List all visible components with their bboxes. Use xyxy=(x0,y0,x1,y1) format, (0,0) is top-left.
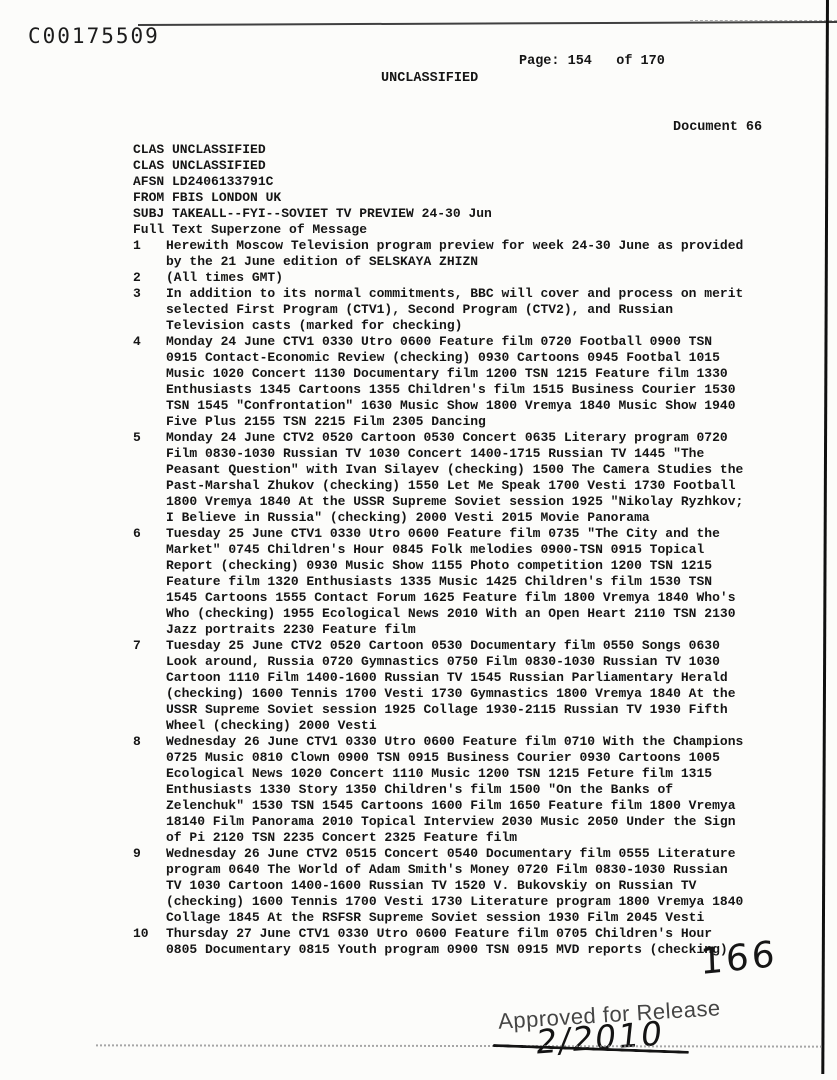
message-paragraph: 5 Monday 24 June CTV2 0520 Cartoon 0530 … xyxy=(133,430,793,526)
document-number-label: Document 66 xyxy=(673,120,762,135)
paragraph-number: 4 xyxy=(133,334,166,350)
paragraph-text: Tuesday 25 June CTV2 0520 Cartoon 0530 D… xyxy=(166,638,736,734)
paragraph-number: 8 xyxy=(133,734,166,750)
paragraph-number: 9 xyxy=(133,846,166,862)
message-paragraph: 7 Tuesday 25 June CTV2 0520 Cartoon 0530… xyxy=(133,638,793,734)
document-id: C00175509 xyxy=(28,24,160,48)
message-paragraph: 3 In addition to its normal commitments,… xyxy=(133,286,793,334)
message-paragraph: 2 (All times GMT) xyxy=(133,270,793,286)
paragraph-text: (All times GMT) xyxy=(166,270,283,286)
message-header-line: CLAS UNCLASSIFIED xyxy=(133,158,793,174)
message-header-line: Full Text Superzone of Message xyxy=(133,222,793,238)
paragraph-text: Monday 24 June CTV1 0330 Utro 0600 Featu… xyxy=(166,334,736,430)
message-paragraph: 10 Thursday 27 June CTV1 0330 Utro 0600 … xyxy=(133,926,793,958)
paragraph-text: Wednesday 26 June CTV2 0515 Concert 0540… xyxy=(166,846,743,926)
message-paragraph: 8 Wednesday 26 June CTV1 0330 Utro 0600 … xyxy=(133,734,793,846)
paragraph-text: In addition to its normal commitments, B… xyxy=(166,286,743,334)
paragraph-number: 1 xyxy=(133,238,166,254)
message-header-line: FROM FBIS LONDON UK xyxy=(133,190,793,206)
paragraph-number: 6 xyxy=(133,526,166,542)
handwritten-page-number: 166 xyxy=(699,934,778,983)
message-paragraph: 6 Tuesday 25 June CTV1 0330 Utro 0600 Fe… xyxy=(133,526,793,638)
paragraph-text: Monday 24 June CTV2 0520 Cartoon 0530 Co… xyxy=(166,430,743,526)
paragraph-number: 10 xyxy=(133,926,166,942)
scan-artifact-right-edge xyxy=(821,0,829,1074)
message-paragraph: 4 Monday 24 June CTV1 0330 Utro 0600 Fea… xyxy=(133,334,793,430)
message-body: CLAS UNCLASSIFIED CLAS UNCLASSIFIED AFSN… xyxy=(133,142,793,958)
paragraph-number: 3 xyxy=(133,286,166,302)
classification-header: UNCLASSIFIED xyxy=(381,71,478,86)
message-paragraph: 9 Wednesday 26 June CTV2 0515 Concert 05… xyxy=(133,846,793,926)
paragraph-text: Wednesday 26 June CTV1 0330 Utro 0600 Fe… xyxy=(166,734,743,846)
message-header-line: CLAS UNCLASSIFIED xyxy=(133,142,793,158)
message-paragraph: 1 Herewith Moscow Television program pre… xyxy=(133,238,793,270)
handwritten-release-date: 2/2010 xyxy=(534,1013,666,1061)
scan-artifact-top-line-faint xyxy=(690,20,837,21)
paragraph-number: 7 xyxy=(133,638,166,654)
paragraph-text: Herewith Moscow Television program previ… xyxy=(166,238,743,270)
scan-artifact-top-line xyxy=(138,21,837,26)
paragraph-number: 5 xyxy=(133,430,166,446)
page-number-header: Page: 154 of 170 xyxy=(519,54,665,69)
document-scan-page: C00175509 Page: 154 of 170 UNCLASSIFIED … xyxy=(0,0,837,1080)
paragraph-text: Tuesday 25 June CTV1 0330 Utro 0600 Feat… xyxy=(166,526,736,638)
message-header-line: AFSN LD2406133791C xyxy=(133,174,793,190)
message-header-line: SUBJ TAKEALL--FYI--SOVIET TV PREVIEW 24-… xyxy=(133,206,793,222)
paragraph-number: 2 xyxy=(133,270,166,286)
scan-artifact-bottom-line xyxy=(96,1044,822,1047)
paragraph-text: Thursday 27 June CTV1 0330 Utro 0600 Fea… xyxy=(166,926,728,958)
